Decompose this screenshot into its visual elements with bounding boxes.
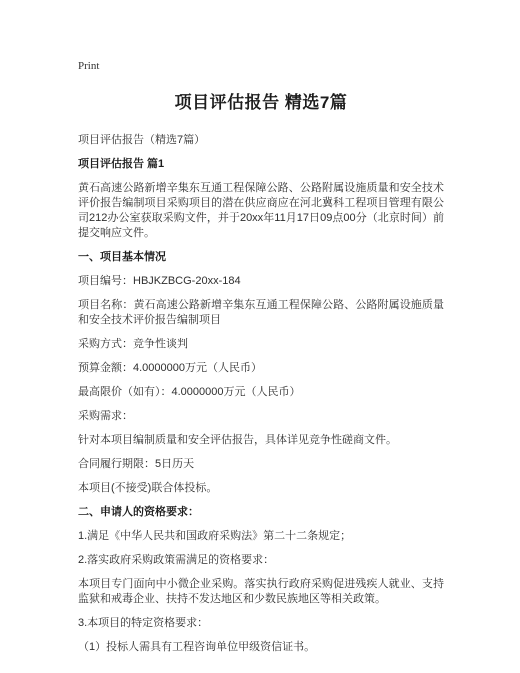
print-button[interactable]: Print <box>78 60 99 72</box>
section-basic-info-heading: 一、项目基本情况 <box>78 250 444 265</box>
qualification-item-2-detail: 本项目专门面向中小微企业采购。落实执行政府采购促进残疾人就业、支持监狱和戒毒企业… <box>78 577 444 607</box>
procurement-demand-text: 针对本项目编制质量和安全评估报告，具体详见竞争性磋商文件。 <box>78 433 444 448</box>
document-page: Print 项目评估报告 精选7篇 项目评估报告（精选7篇） 项目评估报告 篇1… <box>0 0 520 673</box>
qualification-item-3: 3.本项目的特定资格要求： <box>78 616 444 631</box>
qualification-item-3-detail: （1）投标人需具有工程咨询单位甲级资信证书。 <box>78 640 444 655</box>
section-qualification-heading: 二、申请人的资格要求： <box>78 505 444 520</box>
contract-period-line: 合同履行期限：5日历天 <box>78 457 444 472</box>
project-number-line: 项目编号：HBJKZBCG-20xx-184 <box>78 274 444 289</box>
project-name-line: 项目名称：黄石高速公路新增辛集东互通工程保障公路、公路附属设施质量和安全技术评价… <box>78 298 444 328</box>
intro-paragraph: 黄石高速公路新增辛集东互通工程保障公路、公路附属设施质量和安全技术评价报告编制项… <box>78 181 444 241</box>
budget-line: 预算金额：4.0000000万元（人民币） <box>78 361 444 376</box>
article-heading: 项目评估报告 篇1 <box>78 157 444 172</box>
page-title: 项目评估报告 精选7篇 <box>78 88 444 113</box>
doc-subtitle: 项目评估报告（精选7篇） <box>78 133 444 148</box>
qualification-item-1: 1.满足《中华人民共和国政府采购法》第二十二条规定； <box>78 529 444 544</box>
qualification-item-2: 2.落实政府采购政策需满足的资格要求： <box>78 553 444 568</box>
procurement-demand-label: 采购需求： <box>78 409 444 424</box>
joint-bid-line: 本项目(不接受)联合体投标。 <box>78 481 444 496</box>
procurement-method-line: 采购方式：竞争性谈判 <box>78 337 444 352</box>
max-price-line: 最高限价（如有）：4.0000000万元（人民币） <box>78 385 444 400</box>
